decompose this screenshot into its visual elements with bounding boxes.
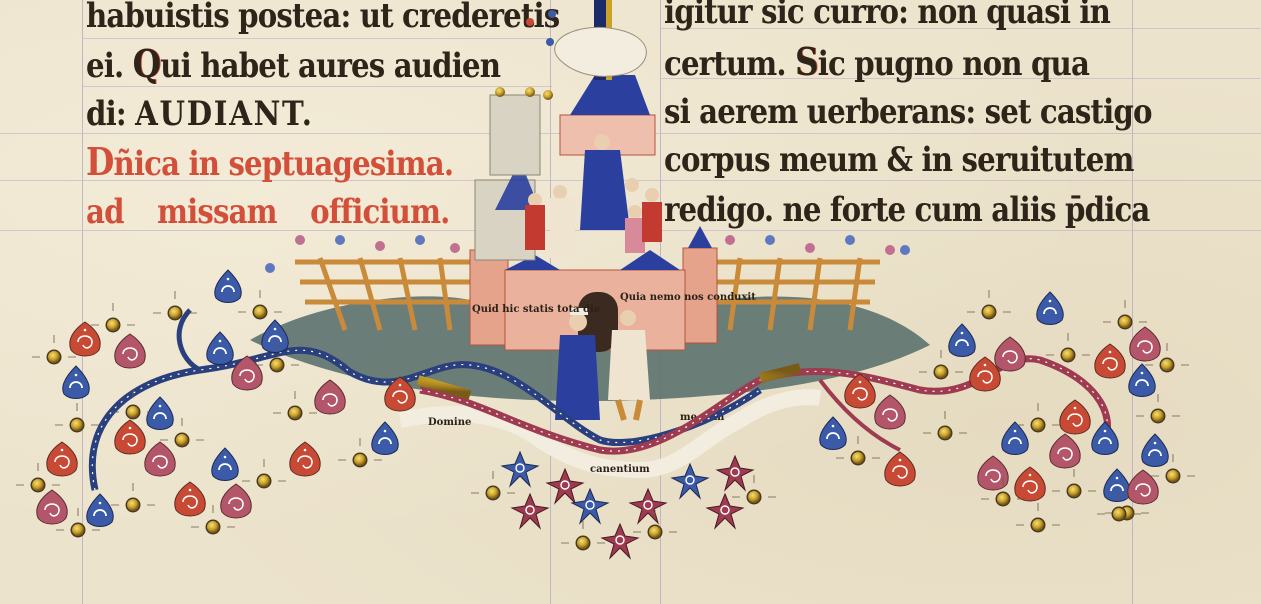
banderole [400,397,820,470]
banderole-text-bottom: canentium [590,464,650,475]
castle-scroll-left: Quid hic statis tota die [472,304,600,315]
illumination-artwork: Quid hic statis tota die Quia nemo nos c… [0,0,1261,604]
castle-scroll-right: Quia nemo nos conduxit [620,292,756,303]
small-flowers [526,10,556,46]
banderole-text-left: Domine [428,417,471,428]
